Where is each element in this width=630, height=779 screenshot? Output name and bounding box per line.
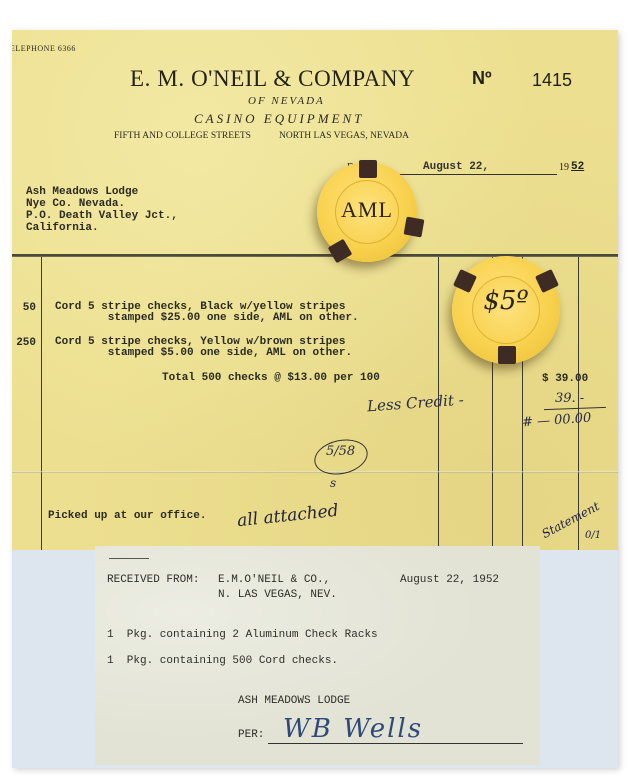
pickup-note: Picked up at our office.	[48, 510, 206, 522]
telephone-line: ELEPHONE 6366	[12, 44, 76, 53]
business-type: CASINO EQUIPMENT	[194, 111, 364, 127]
received-from-city: N. LAS VEGAS, NEV.	[218, 589, 337, 601]
handwritten-all-attached: all attached	[236, 501, 339, 532]
date-century: 19	[559, 162, 569, 173]
handwritten-circled-note: 5/58	[326, 444, 355, 459]
line-item-qty: 250	[12, 337, 36, 349]
street-address: FIFTH AND COLLEGE STREETS	[114, 131, 251, 141]
casino-chip-aml: AML	[317, 162, 417, 262]
handwritten-net-amount: # — 00.00	[522, 411, 592, 431]
receipt-date: August 22, 1952	[400, 574, 499, 586]
total-amount: $ 39.00	[542, 373, 588, 385]
bill-to-line: Nye Co. Nevada.	[26, 198, 178, 210]
company-subtitle: OF NEVADA	[248, 95, 325, 107]
date-underline	[377, 174, 557, 175]
handwritten-mark: s	[330, 476, 336, 490]
chip-stamp: AML	[317, 197, 417, 223]
chip-stamp: $5º	[452, 286, 560, 316]
bill-to-line: California.	[26, 222, 178, 234]
company-address: FIFTH AND COLLEGE STREETSNORTH LAS VEGAS…	[114, 131, 409, 141]
handwritten-less-credit: Less Credit -	[366, 391, 464, 416]
received-from-label: RECEIVED FROM:	[107, 574, 199, 586]
handwritten-rule	[544, 407, 606, 410]
paper-fold	[12, 471, 618, 473]
receipt-dash	[109, 558, 149, 559]
chip-edge-stripe	[359, 160, 377, 178]
chip-edge-stripe	[328, 239, 353, 264]
line-item-description: Cord 5 stripe checks, Black w/yellow str…	[55, 302, 359, 324]
qty-column-divider	[41, 257, 42, 550]
received-from-name: E.M.O'NEIL & CO.,	[218, 574, 330, 586]
company-name: E. M. O'NEIL & COMPANY	[130, 66, 415, 92]
receiver-name: ASH MEADOWS LODGE	[238, 695, 350, 707]
invoice-sheet: ELEPHONE 6366 E. M. O'NEIL & COMPANY Nº …	[12, 30, 618, 550]
per-label: PER:	[238, 729, 264, 741]
bill-to-address: Ash Meadows Lodge Nye Co. Nevada. P.O. D…	[26, 186, 178, 234]
chip-edge-stripe	[498, 346, 516, 364]
package-line: 1 Pkg. containing 2 Aluminum Check Racks	[107, 629, 378, 641]
bill-to-line: P.O. Death Valley Jct.,	[26, 210, 178, 222]
handwritten-credit-amount: 39. -	[555, 391, 584, 406]
line-item-description: Cord 5 stripe checks, Yellow w/brown str…	[55, 337, 352, 359]
date-year: 52	[571, 161, 584, 173]
line-item-qty: 50	[12, 302, 36, 314]
invoice-number-label: Nº	[472, 68, 492, 89]
bill-to-line: Ash Meadows Lodge	[26, 186, 178, 198]
date-value: August 22,	[423, 161, 489, 173]
handwritten-statement-date: 0/1	[585, 530, 601, 541]
casino-chip-five-dollar: $5º	[452, 256, 560, 364]
signature: WB Wells	[283, 714, 423, 744]
city-address: NORTH LAS VEGAS, NEVADA	[279, 131, 409, 141]
table-header-rule	[12, 254, 618, 257]
receipt-slip: RECEIVED FROM: E.M.O'NEIL & CO., N. LAS …	[95, 546, 540, 765]
total-line: Total 500 checks @ $13.00 per 100	[162, 372, 380, 384]
invoice-number: 1415	[532, 70, 572, 91]
package-line: 1 Pkg. containing 500 Cord checks.	[107, 655, 338, 667]
